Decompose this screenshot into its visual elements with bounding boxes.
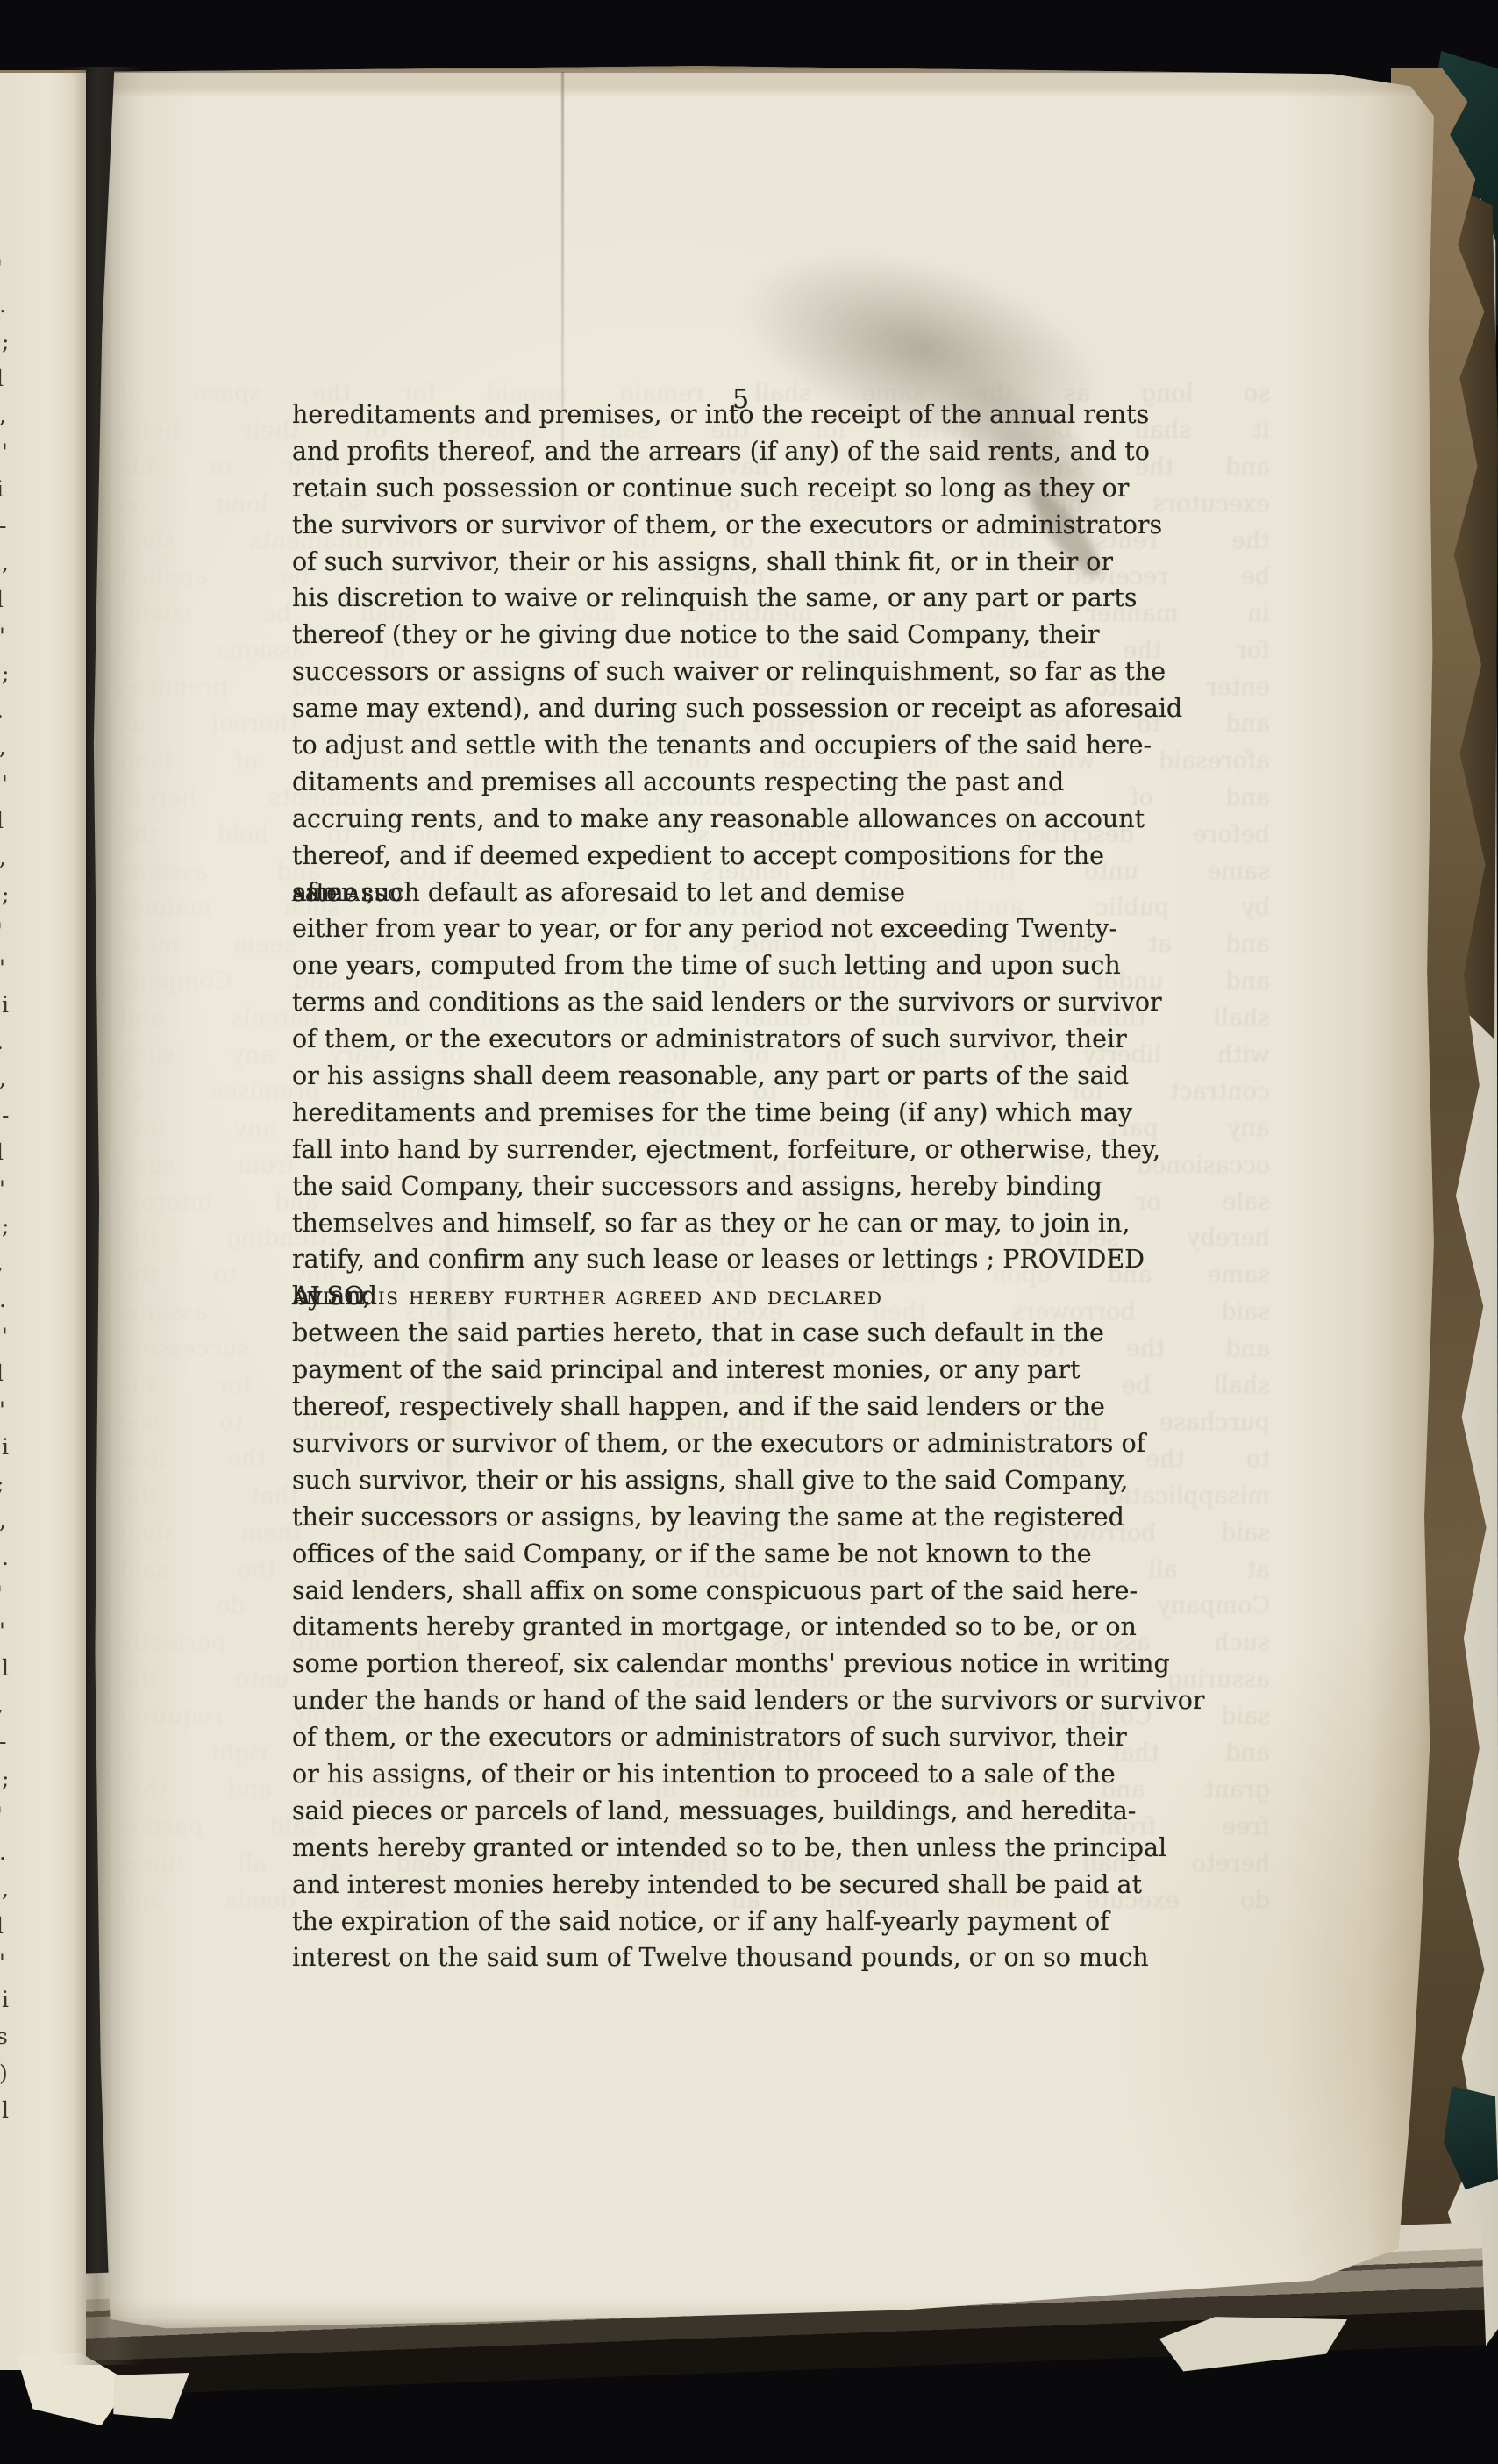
facing-page-text-fragment: ' — [0, 257, 3, 279]
text-line: one years, computed from the time of suc… — [292, 947, 1259, 984]
text-line: and profits thereof, and the arrears (if… — [292, 433, 1259, 470]
text-line: same ; and also after such default as af… — [292, 875, 1259, 911]
facing-page-text-fragment: l — [2, 2099, 9, 2121]
facing-page-text-fragment: i — [2, 1989, 9, 2010]
facing-page-text-fragment: l — [0, 810, 4, 832]
facing-page-text-fragment: ' — [0, 1583, 3, 1605]
text-line: of them, or the executors or administrat… — [292, 1719, 1259, 1756]
facing-page-text-fragment: l — [2, 1657, 9, 1679]
facing-page-text-fragment: ' — [0, 1620, 5, 1642]
facing-page-text-fragment: i — [2, 994, 9, 1016]
text-line: or his assigns, of their or his intentio… — [292, 1756, 1259, 1793]
text-line: ments hereby granted or intended so to b… — [292, 1830, 1259, 1867]
text-line: ditaments and premises all accounts resp… — [292, 764, 1259, 801]
text-line: ratify, and confirm any such lease or le… — [292, 1241, 1259, 1278]
text-line: thereof, and if deemed expedient to acce… — [292, 838, 1259, 875]
facing-page-text-fragment: l — [0, 1915, 4, 1937]
facing-page-edge: '.;l,'i-,l';.,'l,;''i.,-l';,.'l'i;,.''l,… — [0, 70, 86, 2370]
facing-page-text-fragment: - — [2, 1104, 9, 1126]
facing-page-text-fragment: ; — [2, 662, 9, 684]
text-line: accruing rents, and to make any reasonab… — [292, 801, 1259, 838]
facing-page-text-fragment: ' — [0, 1399, 5, 1421]
text-line: the said Company, their successors and a… — [292, 1168, 1259, 1205]
text-block: hereditaments and premises, or into the … — [292, 396, 1259, 1976]
facing-page-text-fragment: - — [0, 515, 6, 537]
text-line: said lenders, shall affix on some conspi… — [292, 1573, 1259, 1610]
facing-page-text-fragment: , — [2, 1878, 9, 1900]
facing-page-text-fragment: ' — [0, 1952, 5, 1974]
facing-page-text-fragment: , — [0, 846, 6, 868]
facing-page-text-fragment: , — [0, 1694, 4, 1716]
facing-page-text-fragment: ' — [0, 957, 5, 979]
facing-page-text-fragment: , — [0, 404, 6, 426]
text-line: offices of the said Company, or if the s… — [292, 1536, 1259, 1573]
text-line: ditaments hereby granted in mortgage, or… — [292, 1609, 1259, 1646]
text-line: same may extend), and during such posses… — [292, 690, 1259, 727]
text-line: of such survivor, their or his assigns, … — [292, 544, 1259, 581]
facing-page-text-fragment: s — [0, 2025, 8, 2047]
text-line: the expiration of the said notice, or if… — [292, 1903, 1259, 1940]
book-page: so long as the same shall remain unpaid … — [84, 61, 1449, 2335]
text-line: fall into hand by surrender, ejectment, … — [292, 1132, 1259, 1168]
text-line: survivors or survivor of them, or the ex… — [292, 1425, 1259, 1462]
facing-page-text-fragment: , — [0, 1510, 6, 1532]
text-line: retain such possession or continue such … — [292, 470, 1259, 507]
facing-page-text-fragment: l — [0, 368, 4, 389]
facing-page-text-fragment: ; — [2, 883, 9, 905]
facing-page-text-fragment: . — [2, 1546, 9, 1568]
book-scan: '.;l,'i-,l';.,'l,;''i.,-l';,.'l'i;,.''l,… — [0, 0, 1498, 2464]
facing-page-text-fragment: . — [0, 294, 6, 316]
facing-page-text-fragment: . — [0, 1841, 6, 1863]
text-line: ALSO, and it is hereby further agreed an… — [292, 1278, 1259, 1315]
facing-page-text-fragment: ' — [2, 1325, 8, 1347]
text-line: their successors or assigns, by leaving … — [292, 1499, 1259, 1536]
text-line: between the said parties hereto, that in… — [292, 1315, 1259, 1352]
text-line: hereditaments and premises, or into the … — [292, 396, 1259, 433]
text-line: hereditaments and premises for the time … — [292, 1095, 1259, 1132]
facing-page-text-fragment: ' — [0, 1804, 3, 1826]
facing-page-text-fragment: ' — [2, 441, 8, 463]
text-line: thereof, respectively shall happen, and … — [292, 1389, 1259, 1425]
facing-page-text-fragment: - — [0, 1731, 6, 1753]
facing-page-text-fragment: ; — [2, 1768, 9, 1789]
facing-page-text-fragment: , — [2, 552, 9, 574]
facing-page-text-fragment: l — [0, 1141, 4, 1163]
facing-page-text-fragment: ; — [2, 1215, 9, 1237]
text-line: the survivors or survivor of them, or th… — [292, 507, 1259, 544]
facing-page-text-fragment: ) — [0, 2062, 8, 2084]
facing-page-text-fragment: . — [0, 1289, 6, 1311]
facing-page-text-fragment: l — [0, 1362, 4, 1384]
facing-page-text-fragment: , — [0, 1252, 4, 1274]
text-line: either from year to year, or for any per… — [292, 911, 1259, 947]
text-line: successors or assigns of such waiver or … — [292, 653, 1259, 690]
text-line: some portion thereof, six calendar month… — [292, 1646, 1259, 1682]
facing-page-text-fragment: ' — [2, 773, 8, 795]
facing-page-text-fragment: ; — [2, 331, 9, 353]
text-line: interest on the said sum of Twelve thous… — [292, 1939, 1259, 1976]
text-line: thereof (they or he giving due notice to… — [292, 617, 1259, 653]
facing-page-text-fragment: ; — [0, 1473, 4, 1495]
facing-page-text-fragment: . — [0, 1031, 4, 1053]
text-line: said pieces or parcels of land, messuage… — [292, 1793, 1259, 1830]
facing-page-text-fragment: ' — [0, 625, 5, 647]
text-line: terms and conditions as the said lenders… — [292, 984, 1259, 1021]
facing-page-text-fragment: ' — [0, 1178, 5, 1200]
text-line: to adjust and settle with the tenants an… — [292, 727, 1259, 764]
facing-page-text-fragment: l — [0, 589, 4, 611]
text-line: and interest monies hereby intended to b… — [292, 1867, 1259, 1903]
text-line: his discretion to waive or relinquish th… — [292, 580, 1259, 617]
facing-page-text-fragment: i — [0, 478, 4, 500]
text-line: payment of the said principal and intere… — [292, 1352, 1259, 1389]
text-line: or his assigns shall deem reasonable, an… — [292, 1058, 1259, 1095]
text-line: under the hands or hand of the said lend… — [292, 1682, 1259, 1719]
facing-page-text-fragment: , — [0, 736, 6, 758]
facing-page-text-fragment: , — [0, 1068, 6, 1089]
facing-page-text-fragment: i — [2, 1436, 9, 1458]
text-line: of them, or the executors or administrat… — [292, 1021, 1259, 1058]
facing-page-text-fragment: ' — [0, 920, 3, 942]
facing-page-text-fragment: . — [0, 699, 4, 721]
text-line: themselves and himself, so far as they o… — [292, 1205, 1259, 1242]
text-line: such survivor, their or his assigns, sha… — [292, 1462, 1259, 1499]
